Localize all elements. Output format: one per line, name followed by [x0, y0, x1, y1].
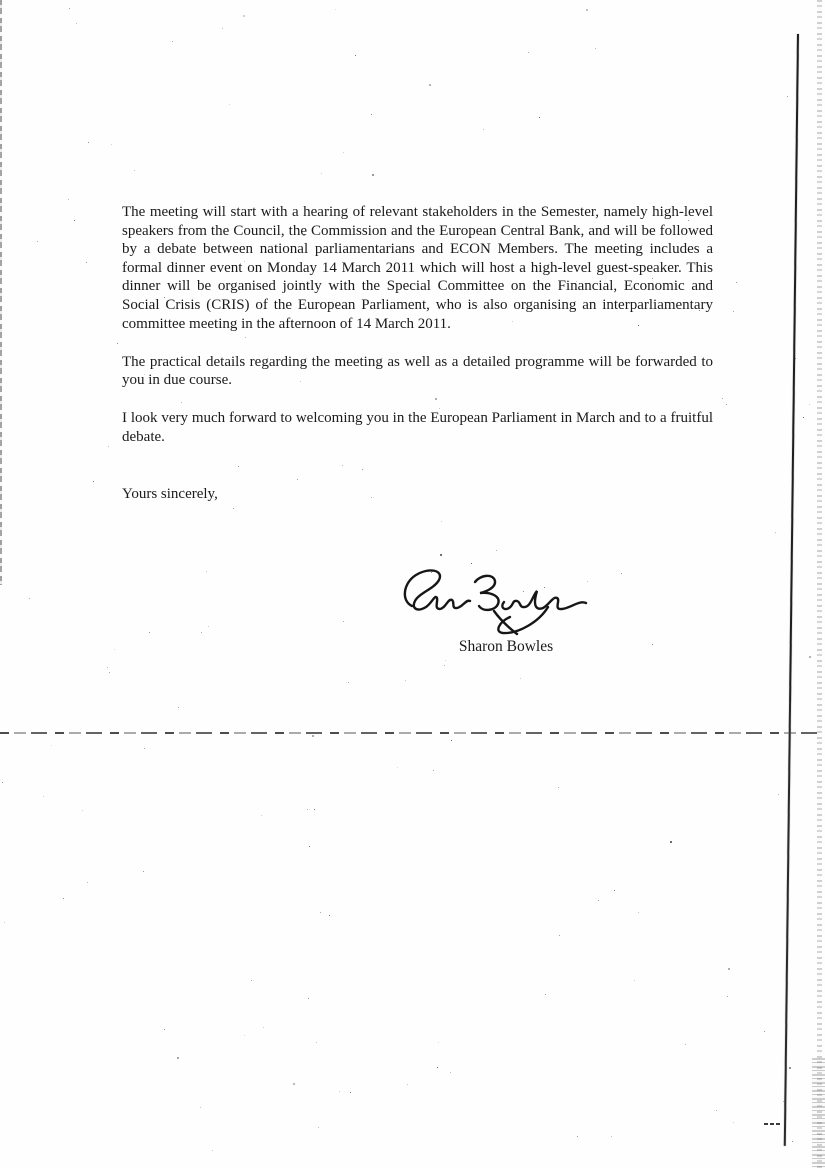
scan-artifact-vertical-line	[784, 34, 799, 1146]
scan-artifact-fold-line	[0, 732, 825, 734]
scan-artifact-right-edge-band	[817, 0, 822, 1168]
scanned-letter-page: The meeting will start with a hearing of…	[0, 0, 825, 1168]
letter-body: The meeting will start with a hearing of…	[122, 203, 713, 523]
letter-paragraph-2: The practical details regarding the meet…	[122, 353, 713, 390]
letter-paragraph-1: The meeting will start with a hearing of…	[122, 203, 713, 333]
scan-artifact-bottom-right-noise	[812, 1058, 825, 1168]
signature-name: Sharon Bowles	[446, 638, 566, 656]
scan-artifact-small-dash	[764, 1123, 780, 1125]
signature-image	[398, 566, 603, 646]
signature-block: Sharon Bowles	[398, 566, 613, 666]
letter-closing: Yours sincerely,	[122, 485, 713, 504]
scan-artifact-left-edge-line	[0, 0, 2, 585]
letter-paragraph-3: I look very much forward to welcoming yo…	[122, 409, 713, 446]
